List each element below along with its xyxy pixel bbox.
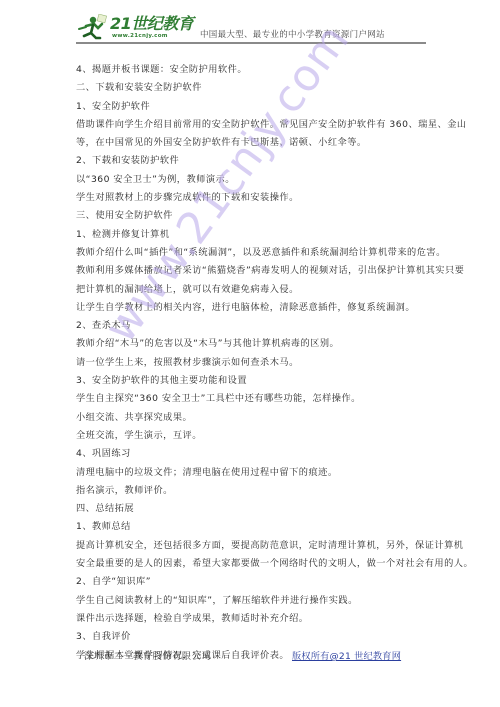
document-body: 4、揭题并板书课题：安全防护用软件。 二、下载和安装安全防护软件 1、安全防护软… xyxy=(76,61,426,665)
text-line: 教师介绍什么叫“插件”和“系统漏洞”，以及恶意插件和系统漏洞给计算机带来的危害。 xyxy=(76,244,426,262)
subsection-heading: 2、下载和安装防护软件 xyxy=(76,152,426,170)
section-heading: 二、下载和安装安全防护软件 xyxy=(76,79,426,97)
text-line: 等，在中国常见的外国安全防护软件有卡巴斯基、诺顿、小红伞等。 xyxy=(76,134,426,152)
logo-url: www.21cnjy.com xyxy=(112,33,168,40)
text-line: 学生对照教材上的步骤完成软件的下载和安装操作。 xyxy=(76,189,426,207)
text-line: 请一位学生上来，按照教材步骤演示如何查杀木马。 xyxy=(76,354,426,372)
text-line: 全班交流，学生演示，互评。 xyxy=(76,427,426,445)
section-heading: 四、总结拓展 xyxy=(76,500,426,518)
text-line: 教师利用多媒体播放记者采访“熊猫烧香”病毒发明人的视频对话，引出保护计算机其实只… xyxy=(76,262,426,280)
text-line: 学生自主探究“360 安全卫士”工具栏中还有哪些功能，怎样操作。 xyxy=(76,390,426,408)
subsection-heading: 1、教师总结 xyxy=(76,518,426,536)
text-line: 让学生自学教材上的相关内容，进行电脑体检，清除恶意插件，修复系统漏洞。 xyxy=(76,299,426,317)
text-line: 指名演示，教师评价。 xyxy=(76,482,426,500)
footer-copyright-link[interactable]: 版权所有@21 世纪教育网 xyxy=(292,648,401,662)
text-line: 4、揭题并板书课题：安全防护用软件。 xyxy=(76,61,426,79)
text-line: 借助课件向学生介绍目前常用的安全防护软件。常见国产安全防护软件有 360、瑞星、… xyxy=(76,116,426,134)
subsection-heading: 2、查杀木马 xyxy=(76,317,426,335)
logo-text: 21世纪教育 xyxy=(110,15,193,33)
text-line: 以“360 安全卫士”为例，教师演示。 xyxy=(76,171,426,189)
header-divider xyxy=(76,42,426,44)
footer-company: 深圳市二一教育股份有限公司 xyxy=(84,648,211,662)
section-heading: 三、使用安全防护软件 xyxy=(76,207,426,225)
subsection-heading: 1、安全防护软件 xyxy=(76,98,426,116)
text-line: 提高计算机安全，还包括很多方面，要提高防范意识，定时清理计算机，另外，保证计算机 xyxy=(76,537,426,555)
page-header: 21世纪教育 www.21cnjy.com 中国最大型、最专业的中小学教育资源门… xyxy=(76,14,426,44)
runner-logo-icon xyxy=(76,14,110,42)
subsection-heading: 4、巩固练习 xyxy=(76,445,426,463)
text-line: 清理电脑中的垃圾文件；清理电脑在使用过程中留下的痕迹。 xyxy=(76,464,426,482)
subsection-heading: 1、检测并修复计算机 xyxy=(76,226,426,244)
site-tagline: 中国最大型、最专业的中小学教育资源门户网站 xyxy=(200,30,385,40)
subsection-heading: 3、安全防护软件的其他主要功能和设置 xyxy=(76,372,426,390)
text-line: 学生自己阅读教材上的“知识库”，了解压缩软件并进行操作实践。 xyxy=(76,592,426,610)
text-line: 把计算机的漏洞给堵上，就可以有效避免病毒入侵。 xyxy=(76,281,426,299)
subsection-heading: 2、自学“知识库” xyxy=(76,573,426,591)
text-line: 小组交流、共享探究成果。 xyxy=(76,409,426,427)
text-line: 教师介绍“木马”的危害以及“木马”与其他计算机病毒的区别。 xyxy=(76,335,426,353)
text-line: 安全最重要的是人的因素，希望大家都要做一个网络时代的文明人，做一个对社会有用的人… xyxy=(76,555,426,573)
subsection-heading: 3、自我评价 xyxy=(76,628,426,646)
text-line: 课件出示选择题，检验自学成果，教师适时补充介绍。 xyxy=(76,610,426,628)
